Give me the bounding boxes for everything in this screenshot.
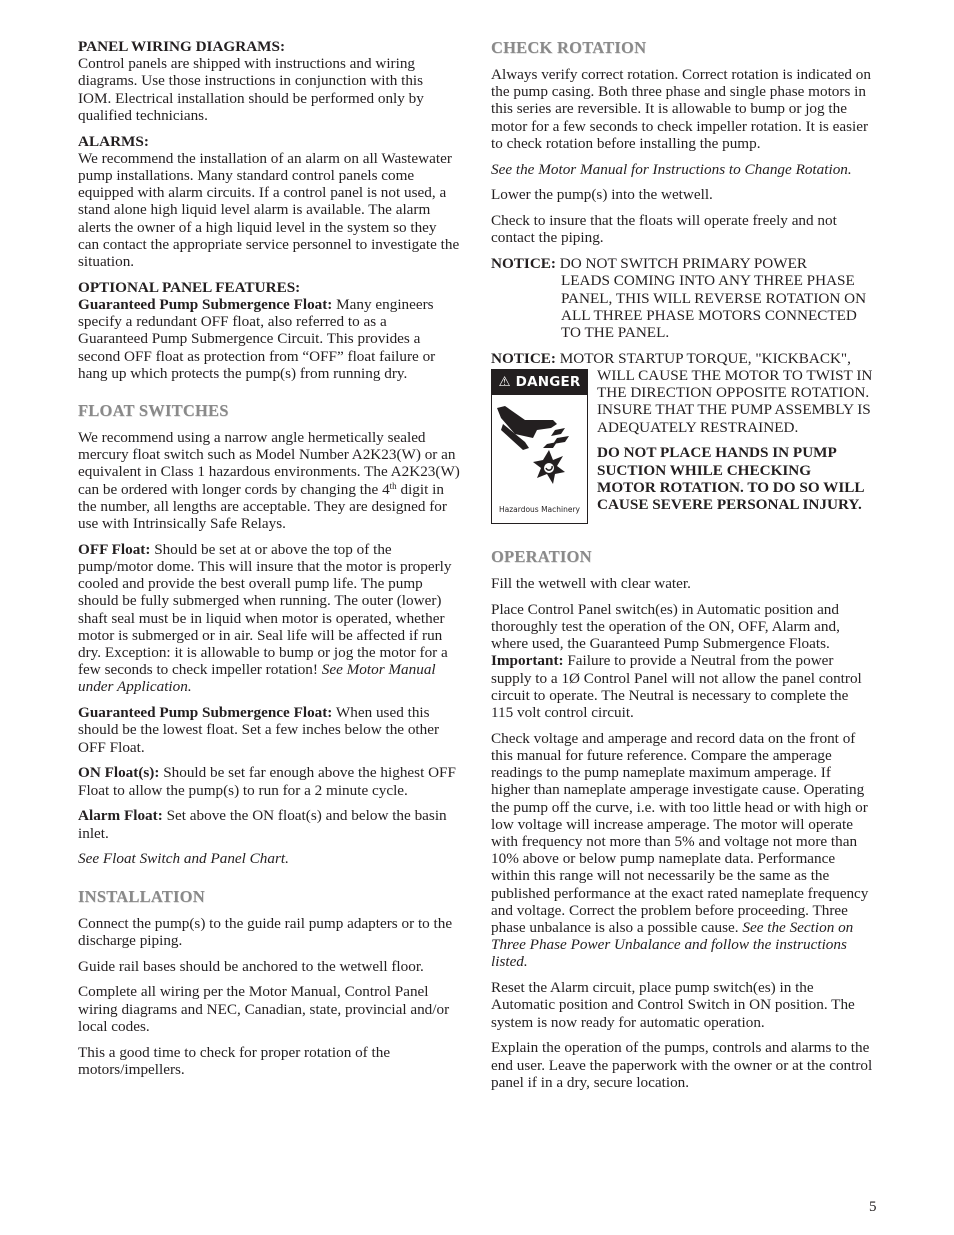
- intro-superscript: th: [390, 481, 397, 491]
- notice-body: LEADS COMING INTO ANY THREE PHASE PANEL,…: [491, 272, 873, 341]
- notice-label: NOTICE:: [491, 255, 556, 272]
- notice-label: NOTICE:: [491, 350, 556, 367]
- installation-paragraph: This a good time to check for proper rot…: [78, 1044, 460, 1078]
- off-float-text: Should be set at or above the top of the…: [78, 541, 451, 678]
- operation-paragraph: Check voltage and amperage and record da…: [491, 730, 873, 971]
- danger-sign: ⚠ DANGER Hazardous Machinery: [491, 369, 588, 524]
- alarms-text: We recommend the installation of an alar…: [78, 150, 459, 270]
- panel-wiring-label: PANEL WIRING DIAGRAMS:: [78, 38, 460, 55]
- gps-float-paragraph: Guaranteed Pump Submergence Float: When …: [78, 704, 460, 756]
- danger-label: DANGER: [516, 374, 581, 390]
- alarm-float-paragraph: Alarm Float: Set above the ON float(s) a…: [78, 807, 460, 841]
- off-float-paragraph: OFF Float: Should be set at or above the…: [78, 541, 460, 696]
- danger-block: ⚠ DANGER Hazardous Machinery WILL CAUSE …: [491, 367, 873, 528]
- off-float-term: OFF Float:: [78, 541, 150, 558]
- panel-wiring-text: Control panels are shipped with instruct…: [78, 55, 424, 124]
- operation-paragraph: Fill the wetwell with clear water.: [491, 575, 873, 592]
- panel-wiring-section: PANEL WIRING DIAGRAMS: Control panels ar…: [78, 38, 460, 124]
- float-switches-heading: Float Switches: [78, 401, 460, 421]
- rotation-reference: See the Motor Manual for Instructions to…: [491, 161, 873, 178]
- notice-primary-power: NOTICE: DO NOT SWITCH PRIMARY POWER LEAD…: [491, 255, 873, 341]
- optional-panel-label: OPTIONAL PANEL FEATURES:: [78, 279, 460, 296]
- float-switches-intro: We recommend using a narrow angle hermet…: [78, 429, 460, 532]
- alarms-section: ALARMS: We recommend the installation of…: [78, 133, 460, 271]
- installation-paragraph: Connect the pump(s) to the guide rail pu…: [78, 915, 460, 949]
- operation-paragraph: Reset the Alarm circuit, place pump swit…: [491, 979, 873, 1031]
- notice-kickback: NOTICE: MOTOR STARTUP TORQUE, "KICKBACK"…: [491, 350, 873, 528]
- warning-triangle-icon: ⚠: [498, 374, 510, 390]
- alarm-float-term: Alarm Float:: [78, 807, 163, 824]
- operation-paragraph: Place Control Panel switch(es) in Automa…: [491, 601, 873, 721]
- right-column: Check Rotation Always verify correct rot…: [491, 38, 873, 1100]
- gps-float-term-2: Guaranteed Pump Submergence Float:: [78, 704, 332, 721]
- chart-reference: See Float Switch and Panel Chart.: [78, 850, 460, 867]
- on-float-paragraph: ON Float(s): Should be set far enough ab…: [78, 764, 460, 798]
- chart-reference-text: See Float Switch and Panel Chart.: [78, 850, 289, 867]
- rotation-reference-text: See the Motor Manual for Instructions to…: [491, 161, 852, 178]
- page-number: 5: [869, 1199, 877, 1216]
- notice-first-line: MOTOR STARTUP TORQUE, "KICKBACK",: [556, 350, 851, 367]
- lower-pump-paragraph: Lower the pump(s) into the wetwell.: [491, 186, 873, 203]
- float-check-paragraph: Check to insure that the floats will ope…: [491, 212, 873, 246]
- check-rotation-paragraph: Always verify correct rotation. Correct …: [491, 66, 873, 152]
- danger-caption: Hazardous Machinery: [492, 505, 587, 514]
- installation-paragraph: Complete all wiring per the Motor Manual…: [78, 983, 460, 1035]
- optional-panel-section: OPTIONAL PANEL FEATURES: Guaranteed Pump…: [78, 279, 460, 382]
- check-rotation-heading: Check Rotation: [491, 38, 873, 58]
- left-column: PANEL WIRING DIAGRAMS: Control panels ar…: [78, 38, 460, 1087]
- installation-paragraph: Guide rail bases should be anchored to t…: [78, 958, 460, 975]
- gps-float-term: Guaranteed Pump Submergence Float:: [78, 296, 332, 313]
- operation-text: Check voltage and amperage and record da…: [491, 730, 868, 936]
- danger-header: ⚠ DANGER: [492, 370, 587, 395]
- alarms-label: ALARMS:: [78, 133, 460, 150]
- notice-first-line: DO NOT SWITCH PRIMARY POWER: [556, 255, 807, 272]
- hand-impeller-icon: [495, 404, 583, 484]
- operation-heading: Operation: [491, 547, 873, 567]
- operation-paragraph: Explain the operation of the pumps, cont…: [491, 1039, 873, 1091]
- installation-heading: Installation: [78, 887, 460, 907]
- on-float-term: ON Float(s):: [78, 764, 159, 781]
- important-term: Important:: [491, 652, 564, 669]
- operation-text: Place Control Panel switch(es) in Automa…: [491, 601, 840, 652]
